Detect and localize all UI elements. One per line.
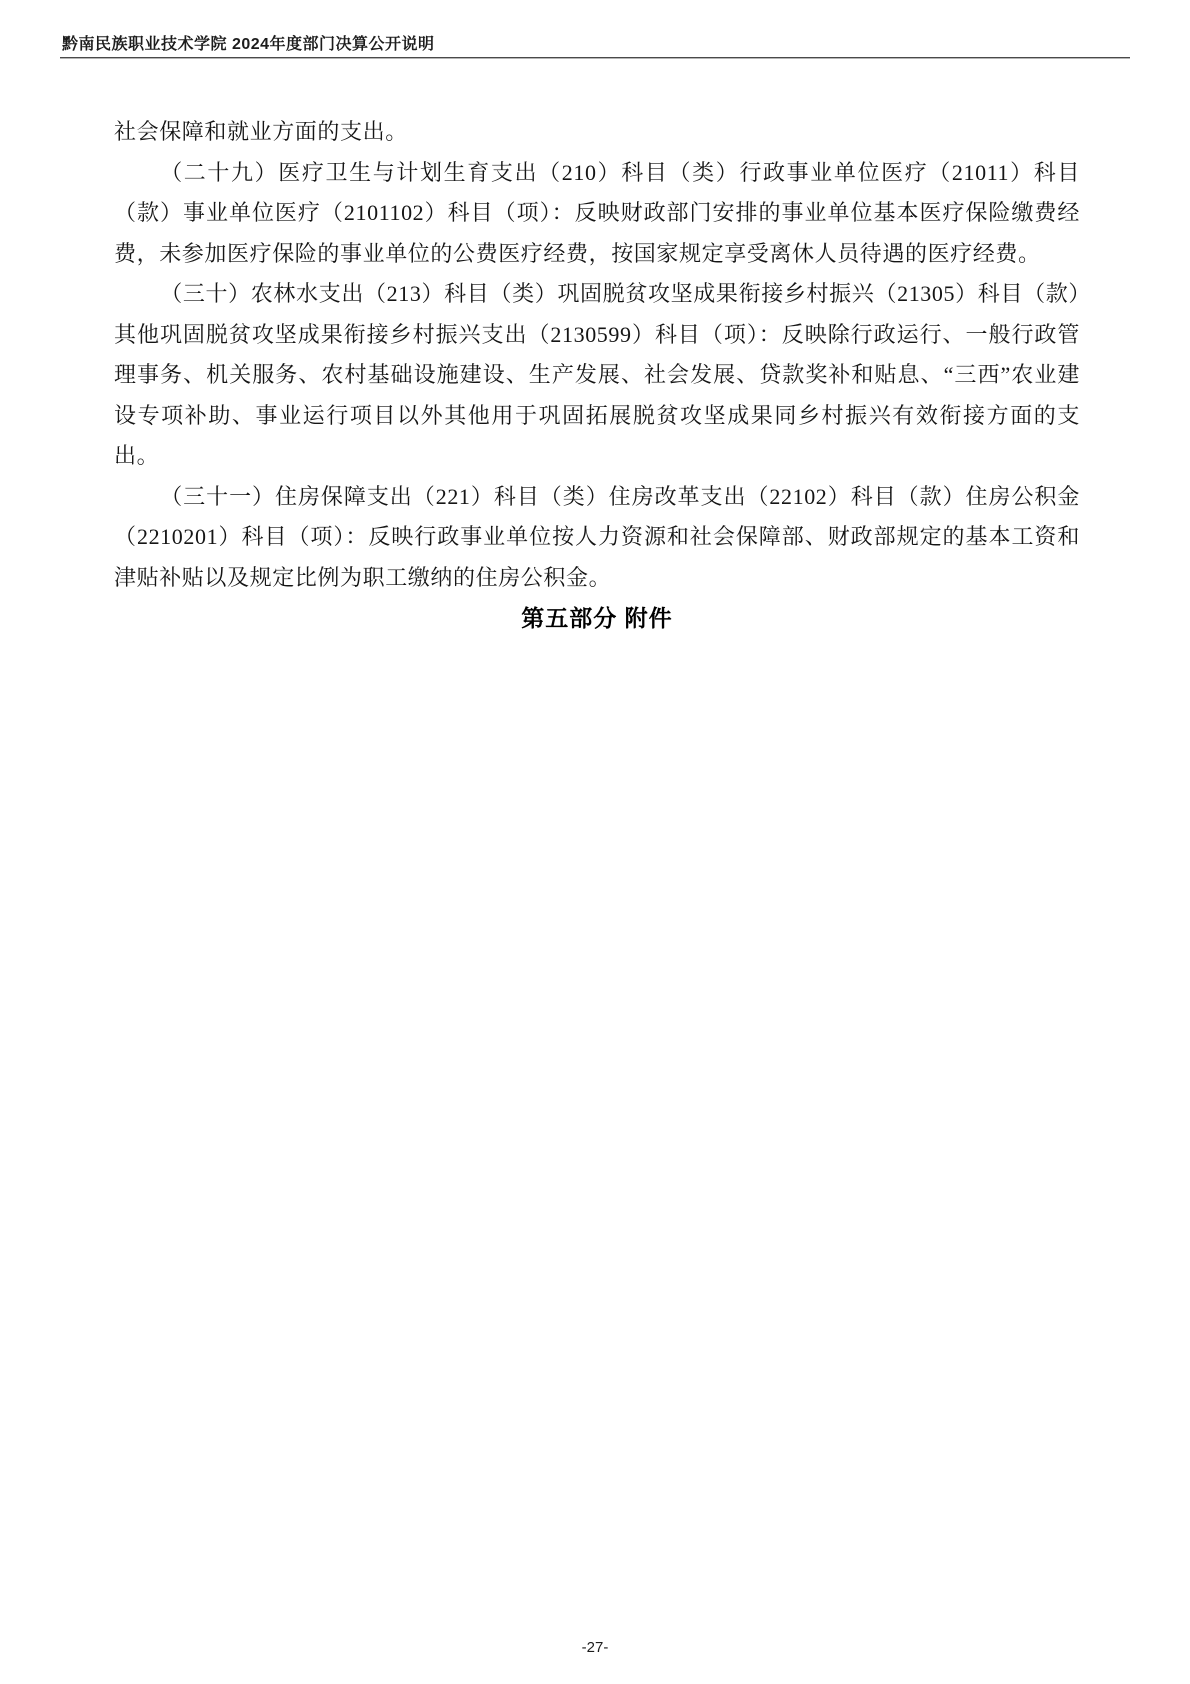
body-paragraph: （三十一）住房保障支出（221）科目（类）住房改革支出（22102）科目（款）住… xyxy=(114,477,1080,599)
body-paragraph: （三十）农林水支出（213）科目（类）巩固脱贫攻坚成果衔接乡村振兴（21305）… xyxy=(114,274,1080,477)
page-number: -27- xyxy=(582,1639,609,1656)
document-footer: -27- xyxy=(0,1639,1190,1656)
document-body: 社会保障和就业方面的支出。（二十九）医疗卫生与计划生育支出（210）科目（类）行… xyxy=(114,112,1080,639)
header-title: 黔南民族职业技术学院 2024年度部门决算公开说明 xyxy=(62,31,435,54)
body-paragraph: 社会保障和就业方面的支出。 xyxy=(114,112,1080,153)
body-paragraphs: 社会保障和就业方面的支出。（二十九）医疗卫生与计划生育支出（210）科目（类）行… xyxy=(114,112,1080,598)
body-paragraph: （二十九）医疗卫生与计划生育支出（210）科目（类）行政事业单位医疗（21011… xyxy=(114,153,1080,275)
section-heading: 第五部分 附件 xyxy=(114,598,1080,639)
header-rule xyxy=(60,57,1130,59)
document-page: 黔南民族职业技术学院 2024年度部门决算公开说明 社会保障和就业方面的支出。（… xyxy=(0,0,1190,1684)
